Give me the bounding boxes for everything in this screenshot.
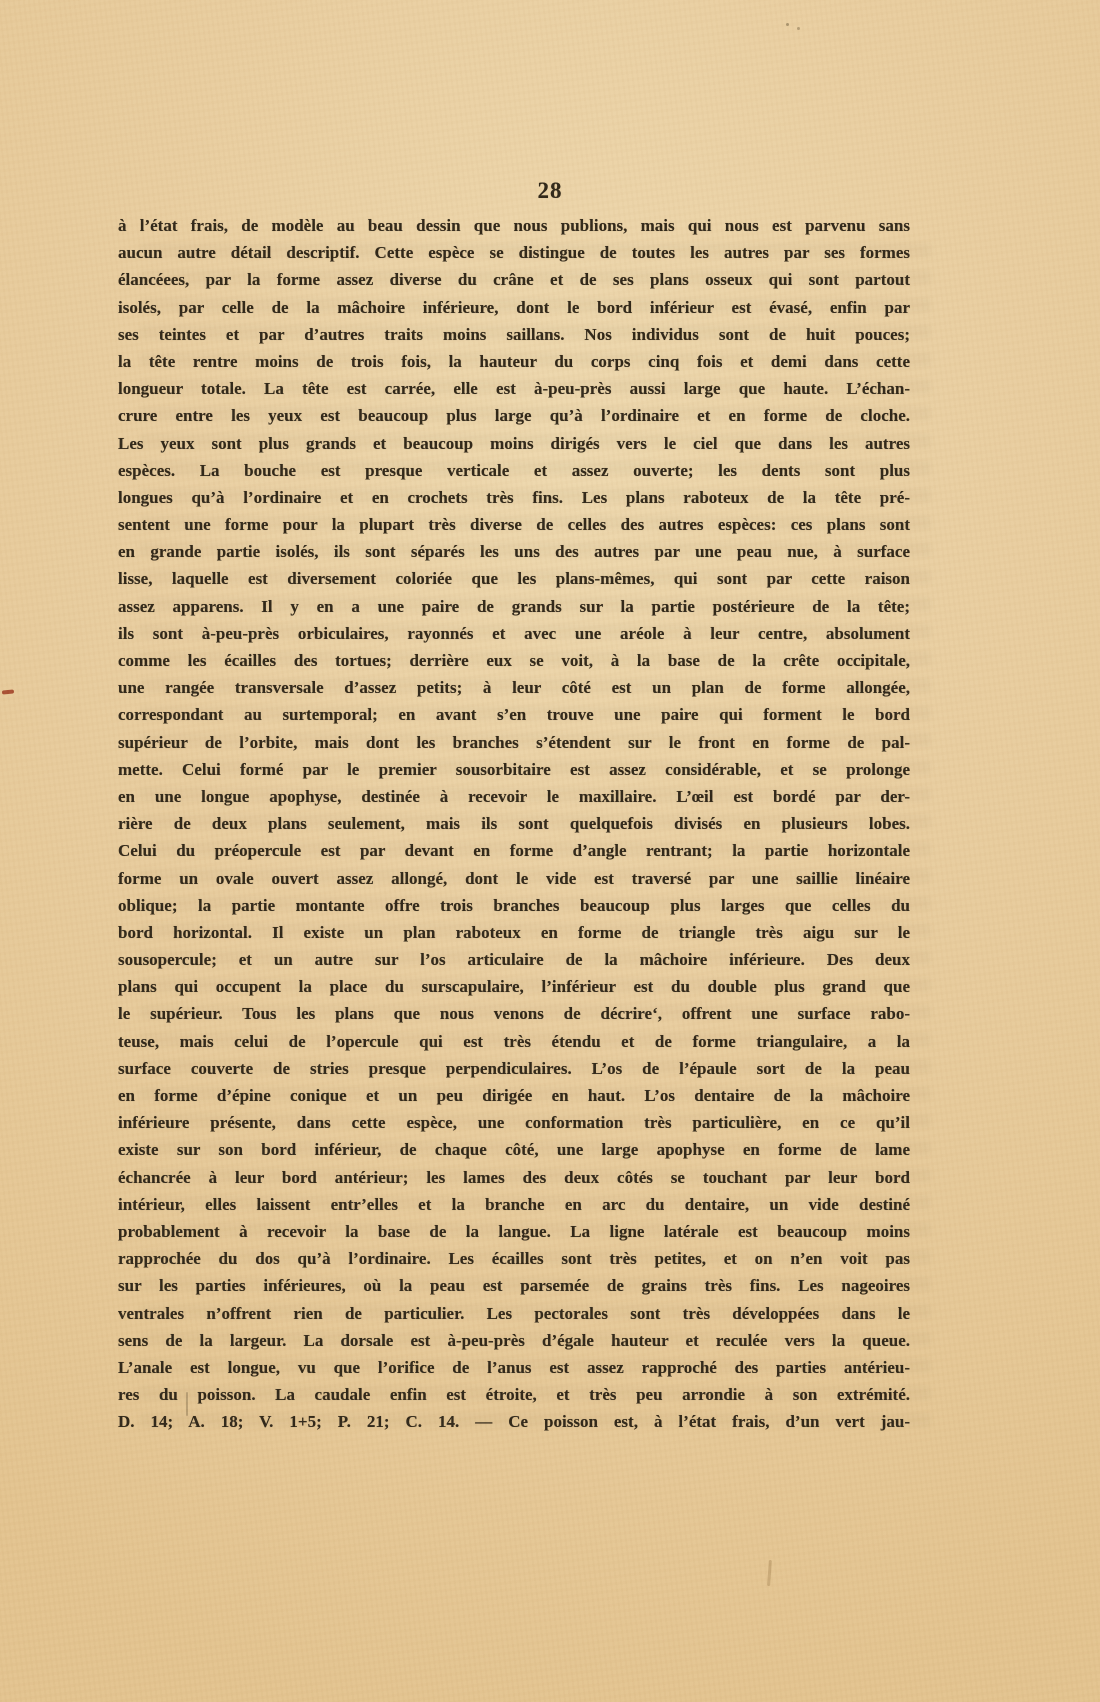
- text-line: ses teintes et par d’autres traits moins…: [118, 321, 910, 348]
- text-line: en forme d’épine conique et un peu dirig…: [118, 1082, 910, 1109]
- text-line: res du poisson. La caudale enfin est étr…: [118, 1381, 910, 1408]
- text-line: L’anale est longue, vu que l’orifice de …: [118, 1354, 910, 1381]
- text-line: mette. Celui formé par le premier sousor…: [118, 756, 910, 783]
- text-line: correspondant au surtemporal; en avant s…: [118, 701, 910, 728]
- text-line: intérieur, elles laissent entr’elles et …: [118, 1191, 910, 1218]
- text-line: surface couverte de stries presque perpe…: [118, 1055, 910, 1082]
- text-line: espèces. La bouche est presque verticale…: [118, 457, 910, 484]
- text-line: D. 14; A. 18; V. 1+5; P. 21; C. 14. — Ce…: [118, 1408, 910, 1435]
- text-line: plans qui occupent la place du surscapul…: [118, 973, 910, 1000]
- stray-specks: [786, 23, 789, 26]
- text-line: inférieure présente, dans cette espèce, …: [118, 1109, 910, 1136]
- text-line: sens de la largeur. La dorsale est à-peu…: [118, 1327, 910, 1354]
- text-line: supérieur de l’orbite, mais dont les bra…: [118, 729, 910, 756]
- text-line: teuse, mais celui de l’opercule qui est …: [118, 1028, 910, 1055]
- text-line: la tête rentre moins de trois fois, la h…: [118, 348, 910, 375]
- text-line: échancrée à leur bord antérieur; les lam…: [118, 1164, 910, 1191]
- text-line: assez apparens. Il y en a une paire de g…: [118, 593, 910, 620]
- text-line: crure entre les yeux est beaucoup plus l…: [118, 402, 910, 429]
- text-line: lisse, laquelle est diversement coloriée…: [118, 565, 910, 592]
- text-line: ventrales n’offrent rien de particulier.…: [118, 1300, 910, 1327]
- text-line: aucun autre détail descriptif. Cette esp…: [118, 239, 910, 266]
- paper-scratch: [767, 1560, 772, 1586]
- text-line: sentent une forme pour la plupart très d…: [118, 511, 910, 538]
- text-line: existe sur son bord inférieur, de chaque…: [118, 1136, 910, 1163]
- text-line: oblique; la partie montante offre trois …: [118, 892, 910, 919]
- text-line: rière de deux plans seulement, mais ils …: [118, 810, 910, 837]
- text-line: rapprochée du dos qu’à l’ordinaire. Les …: [118, 1245, 910, 1272]
- text-line: ils sont à-peu-près orbiculaires, rayonn…: [118, 620, 910, 647]
- text-line: une rangée transversale d’assez petits; …: [118, 674, 910, 701]
- text-line: isolés, par celle de la mâchoire inférie…: [118, 294, 910, 321]
- red-ink-mark: [2, 689, 14, 694]
- text-line: en grande partie isolés, ils sont séparé…: [118, 538, 910, 565]
- text-line: élancéees, par la forme assez diverse du…: [118, 266, 910, 293]
- text-line: longueur totale. La tête est carrée, ell…: [118, 375, 910, 402]
- text-line: en une longue apophyse, destinée à recev…: [118, 783, 910, 810]
- text-line: à l’état frais, de modèle au beau dessin…: [118, 212, 910, 239]
- text-line: comme les écailles des tortues; derrière…: [118, 647, 910, 674]
- text-line: sousopercule; et un autre sur l’os artic…: [118, 946, 910, 973]
- text-line: sur les parties inférieures, où la peau …: [118, 1272, 910, 1299]
- text-line: probablement à recevoir la base de la la…: [118, 1218, 910, 1245]
- text-line: longues qu’à l’ordinaire et en crochets …: [118, 484, 910, 511]
- body-text: à l’état frais, de modèle au beau dessin…: [118, 212, 910, 1435]
- stray-pen-stroke: [186, 1392, 188, 1416]
- text-line: le supérieur. Tous les plans que nous ve…: [118, 1000, 910, 1027]
- page-number: 28: [0, 178, 1100, 204]
- text-line: Celui du préopercule est par devant en f…: [118, 837, 910, 864]
- text-line: Les yeux sont plus grands et beaucoup mo…: [118, 430, 910, 457]
- text-line: bord horizontal. Il existe un plan rabot…: [118, 919, 910, 946]
- text-line: forme un ovale ouvert assez allongé, don…: [118, 865, 910, 892]
